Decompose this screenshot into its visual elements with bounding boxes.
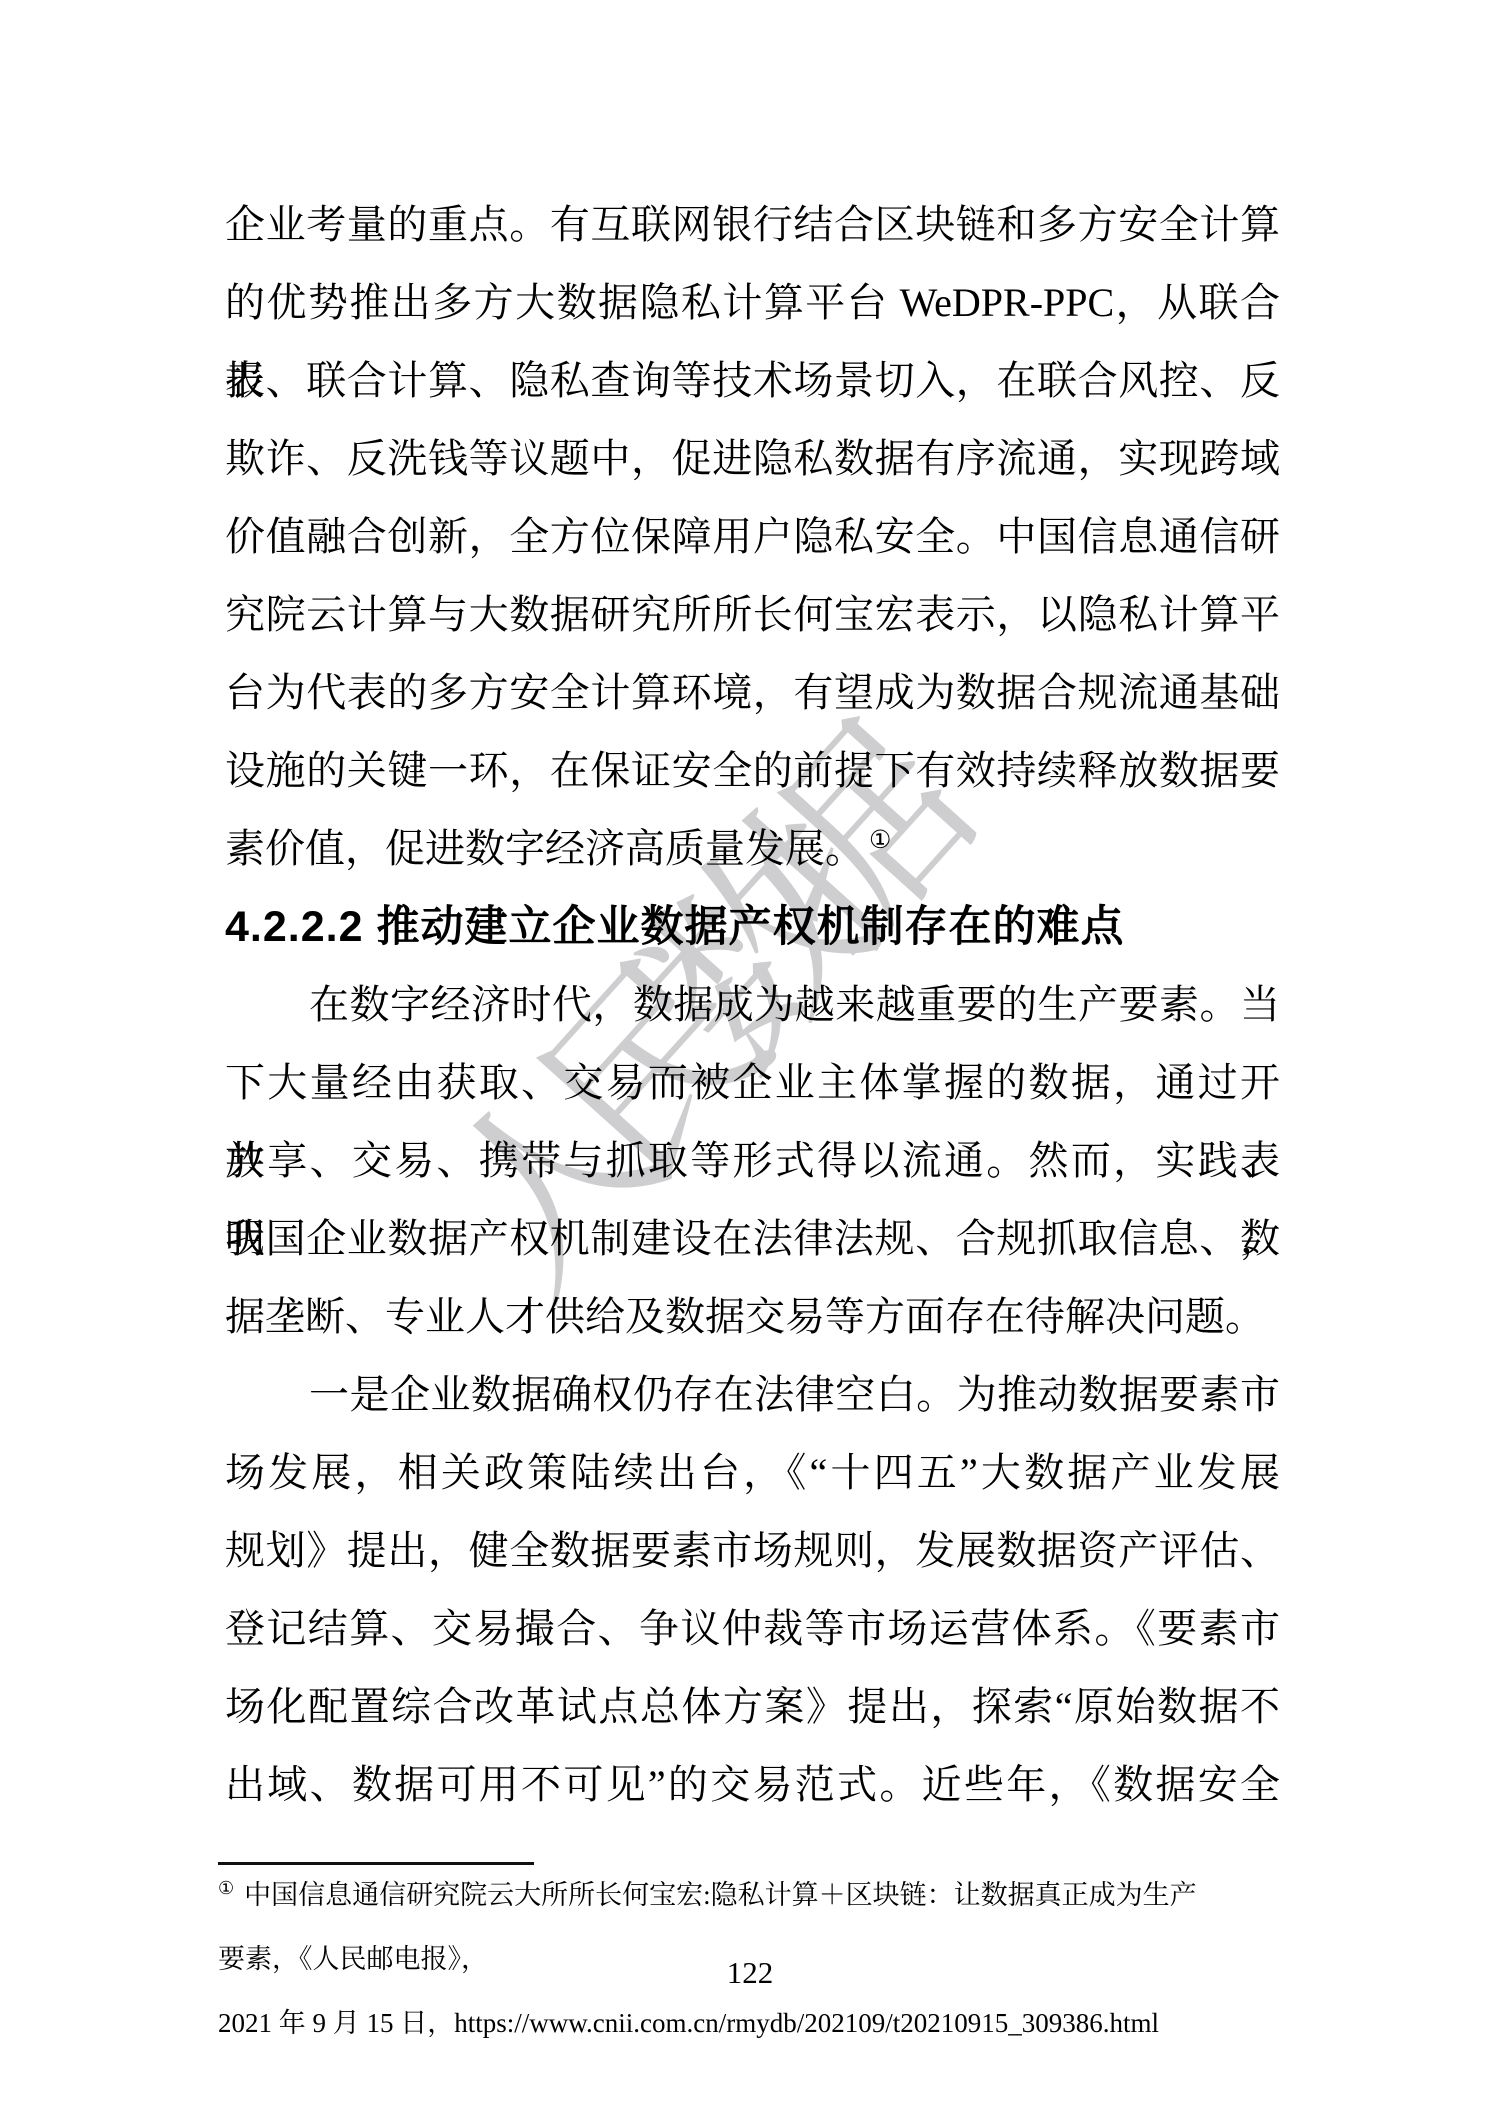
body-line-text: 设施的关键一环，在保证安全的前提下有效持续释放数据要 xyxy=(225,748,1280,793)
body-line: 一是企业数据确权仍存在法律空白。为推动数据要素市 xyxy=(225,1356,1280,1434)
body-line: 规划》提出，健全数据要素市场规则，发展数据资产评估、 xyxy=(225,1512,1280,1590)
body-line: 表、联合计算、隐私查询等技术场景切入，在联合风控、反 xyxy=(225,342,1280,420)
document-page: 人民数据 企业考量的重点。有互联网银行结合区块链和多方安全计算的优势推出多方大数… xyxy=(0,0,1500,2121)
body-line: 价值融合创新，全方位保障用户隐私安全。中国信息通信研 xyxy=(225,498,1280,576)
body-line: 出域、数据可用不可见”的交易范式。近些年，《数据安全 xyxy=(225,1746,1280,1824)
body-line: 场发展，相关政策陆续出台，《“十四五”大数据产业发展 xyxy=(225,1434,1280,1512)
body-line-text: 据垄断、专业人才供给及数据交易等方面存在待解决问题。 xyxy=(225,1294,1265,1339)
body-line-text: 欺诈、反洗钱等议题中，促进隐私数据有序流通，实现跨域 xyxy=(225,436,1280,481)
body-line: 据垄断、专业人才供给及数据交易等方面存在待解决问题。 xyxy=(225,1278,1280,1356)
body-line: 台为代表的多方安全计算环境，有望成为数据合规流通基础 xyxy=(225,654,1280,732)
body-line: 企业考量的重点。有互联网银行结合区块链和多方安全计算 xyxy=(225,186,1280,264)
body-line-text: 在数字经济时代，数据成为越来越重要的生产要素。当 xyxy=(309,982,1280,1027)
body-line-text: 表、联合计算、隐私查询等技术场景切入，在联合风控、反 xyxy=(225,358,1280,403)
body-line-text: 我国企业数据产权机制建设在法律法规、合规抓取信息、数 xyxy=(225,1216,1280,1261)
body-line-text: 价值融合创新，全方位保障用户隐私安全。中国信息通信研 xyxy=(225,514,1280,559)
body-line-text: 规划》提出，健全数据要素市场规则，发展数据资产评估、 xyxy=(225,1528,1280,1573)
body-line-text: 登记结算、交易撮合、争议仲裁等市场运营体系。《要素市 xyxy=(225,1606,1280,1651)
footnote-ref: ① xyxy=(869,827,891,854)
body-line-text: 场化配置综合改革试点总体方案》提出，探索“原始数据不 xyxy=(225,1684,1280,1729)
page-number: 122 xyxy=(0,1951,1500,1995)
body-line-text: 企业考量的重点。有互联网银行结合区块链和多方安全计算 xyxy=(225,202,1280,247)
body-line: 场化配置综合改革试点总体方案》提出，探索“原始数据不 xyxy=(225,1668,1280,1746)
footnote-marker: ① xyxy=(218,1878,234,1898)
body-line-text: 出域、数据可用不可见”的交易范式。近些年，《数据安全 xyxy=(225,1762,1280,1807)
body-line: 设施的关键一环，在保证安全的前提下有效持续释放数据要 xyxy=(225,732,1280,810)
body-line: 登记结算、交易撮合、争议仲裁等市场运营体系。《要素市 xyxy=(225,1590,1280,1668)
body-line: 的优势推出多方大数据隐私计算平台 WeDPR-PPC，从联合报 xyxy=(225,264,1280,342)
body-line: 在数字经济时代，数据成为越来越重要的生产要素。当 xyxy=(225,966,1280,1044)
body-line: 素价值，促进数字经济高质量发展。① xyxy=(225,810,1280,888)
body-line: 究院云计算与大数据研究所所长何宝宏表示，以隐私计算平 xyxy=(225,576,1280,654)
body-line-text: 场发展，相关政策陆续出台，《“十四五”大数据产业发展 xyxy=(225,1450,1280,1495)
footnote-line: 2021 年 9 月 15 日，https://www.cnii.com.cn/… xyxy=(218,1991,1218,2055)
body-line: 下大量经由获取、交易而被企业主体掌握的数据，通过开放、 xyxy=(225,1044,1280,1122)
body-line-text: 一是企业数据确权仍存在法律空白。为推动数据要素市 xyxy=(309,1372,1280,1417)
footnote-url-text: 2021 年 9 月 15 日，https://www.cnii.com.cn/… xyxy=(218,2008,1159,2038)
section-heading: 4.2.2.2 推动建立企业数据产权机制存在的难点 xyxy=(225,888,1280,966)
document-body: 企业考量的重点。有互联网银行结合区块链和多方安全计算的优势推出多方大数据隐私计算… xyxy=(225,186,1280,1824)
body-line-text: 究院云计算与大数据研究所所长何宝宏表示，以隐私计算平 xyxy=(225,592,1280,637)
body-line: 我国企业数据产权机制建设在法律法规、合规抓取信息、数 xyxy=(225,1200,1280,1278)
body-line: 共享、交易、携带与抓取等形式得以流通。然而，实践表明， xyxy=(225,1122,1280,1200)
body-line: 欺诈、反洗钱等议题中，促进隐私数据有序流通，实现跨域 xyxy=(225,420,1280,498)
body-line-text: 素价值，促进数字经济高质量发展。 xyxy=(225,826,865,871)
body-line-text: 台为代表的多方安全计算环境，有望成为数据合规流通基础 xyxy=(225,670,1280,715)
